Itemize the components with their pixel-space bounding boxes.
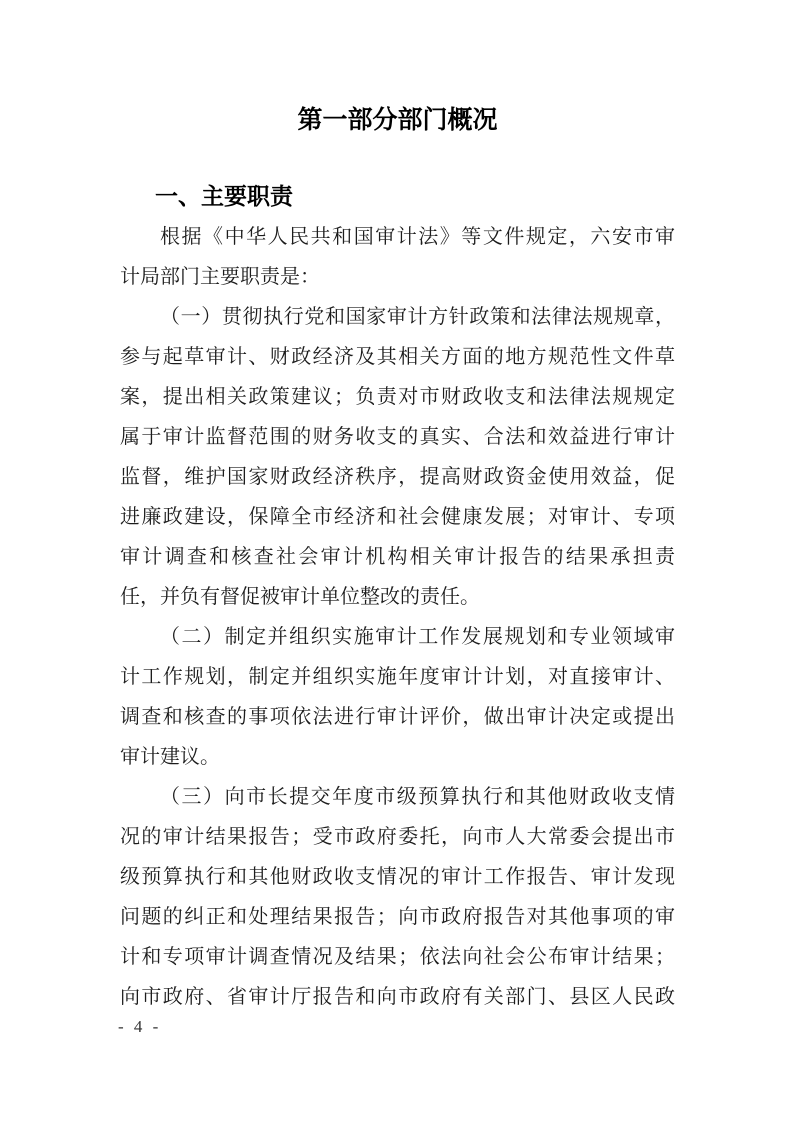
body-line: 计局部门主要职责是： (120, 257, 675, 297)
page-title: 第一部分部门概况 (120, 102, 675, 138)
body-line: （三）向市长提交年度市级预算执行和其他财政收支情 (120, 777, 675, 817)
body-line: 参与起草审计、财政经济及其相关方面的地方规范性文件草 (120, 337, 675, 377)
body-line: 问题的纠正和处理结果报告；向市政府报告对其他事项的审 (120, 897, 675, 937)
body-line: 监督，维护国家财政经济秩序，提高财政资金使用效益，促 (120, 457, 675, 497)
body-line: （二）制定并组织实施审计工作发展规划和专业领域审 (120, 617, 675, 657)
body-line: 进廉政建设，保障全市经济和社会健康发展；对审计、专项 (120, 497, 675, 537)
body-paragraph: （二）制定并组织实施审计工作发展规划和专业领域审计工作规划，制定并组织实施年度审… (120, 617, 675, 777)
body-line: 计和专项审计调查情况及结果；依法向社会公布审计结果； (120, 937, 675, 977)
body-paragraph: 根据《中华人民共和国审计法》等文件规定，六安市审计局部门主要职责是： (120, 217, 675, 297)
body-line: 向市政府、省审计厅报告和向市政府有关部门、县区人民政 (120, 977, 675, 1017)
body-line: （一）贯彻执行党和国家审计方针政策和法律法规规章， (120, 297, 675, 337)
page-content: 第一部分部门概况 一、主要职责 根据《中华人民共和国审计法》等文件规定，六安市审… (120, 0, 675, 1017)
body-line: 计工作规划，制定并组织实施年度审计计划，对直接审计、 (120, 657, 675, 697)
body-paragraph: （一）贯彻执行党和国家审计方针政策和法律法规规章，参与起草审计、财政经济及其相关… (120, 297, 675, 617)
body-line: 审计调查和核查社会审计机构相关审计报告的结果承担责 (120, 537, 675, 577)
page-number: - 4 - (118, 1012, 161, 1042)
body-line: 审计建议。 (120, 737, 675, 777)
body-paragraph: （三）向市长提交年度市级预算执行和其他财政收支情况的审计结果报告；受市政府委托，… (120, 777, 675, 1017)
section-heading: 一、主要职责 (120, 181, 675, 211)
document-page: 第一部分部门概况 一、主要职责 根据《中华人民共和国审计法》等文件规定，六安市审… (0, 0, 793, 1122)
body-line: 根据《中华人民共和国审计法》等文件规定，六安市审 (120, 217, 675, 257)
body-line: 调查和核查的事项依法进行审计评价，做出审计决定或提出 (120, 697, 675, 737)
body-line: 案，提出相关政策建议；负责对市财政收支和法律法规规定 (120, 377, 675, 417)
body-line: 级预算执行和其他财政收支情况的审计工作报告、审计发现 (120, 857, 675, 897)
body-line: 属于审计监督范围的财务收支的真实、合法和效益进行审计 (120, 417, 675, 457)
body-text: 根据《中华人民共和国审计法》等文件规定，六安市审计局部门主要职责是：（一）贯彻执… (120, 217, 675, 1017)
body-line: 任，并负有督促被审计单位整改的责任。 (120, 577, 675, 617)
body-line: 况的审计结果报告；受市政府委托，向市人大常委会提出市 (120, 817, 675, 857)
